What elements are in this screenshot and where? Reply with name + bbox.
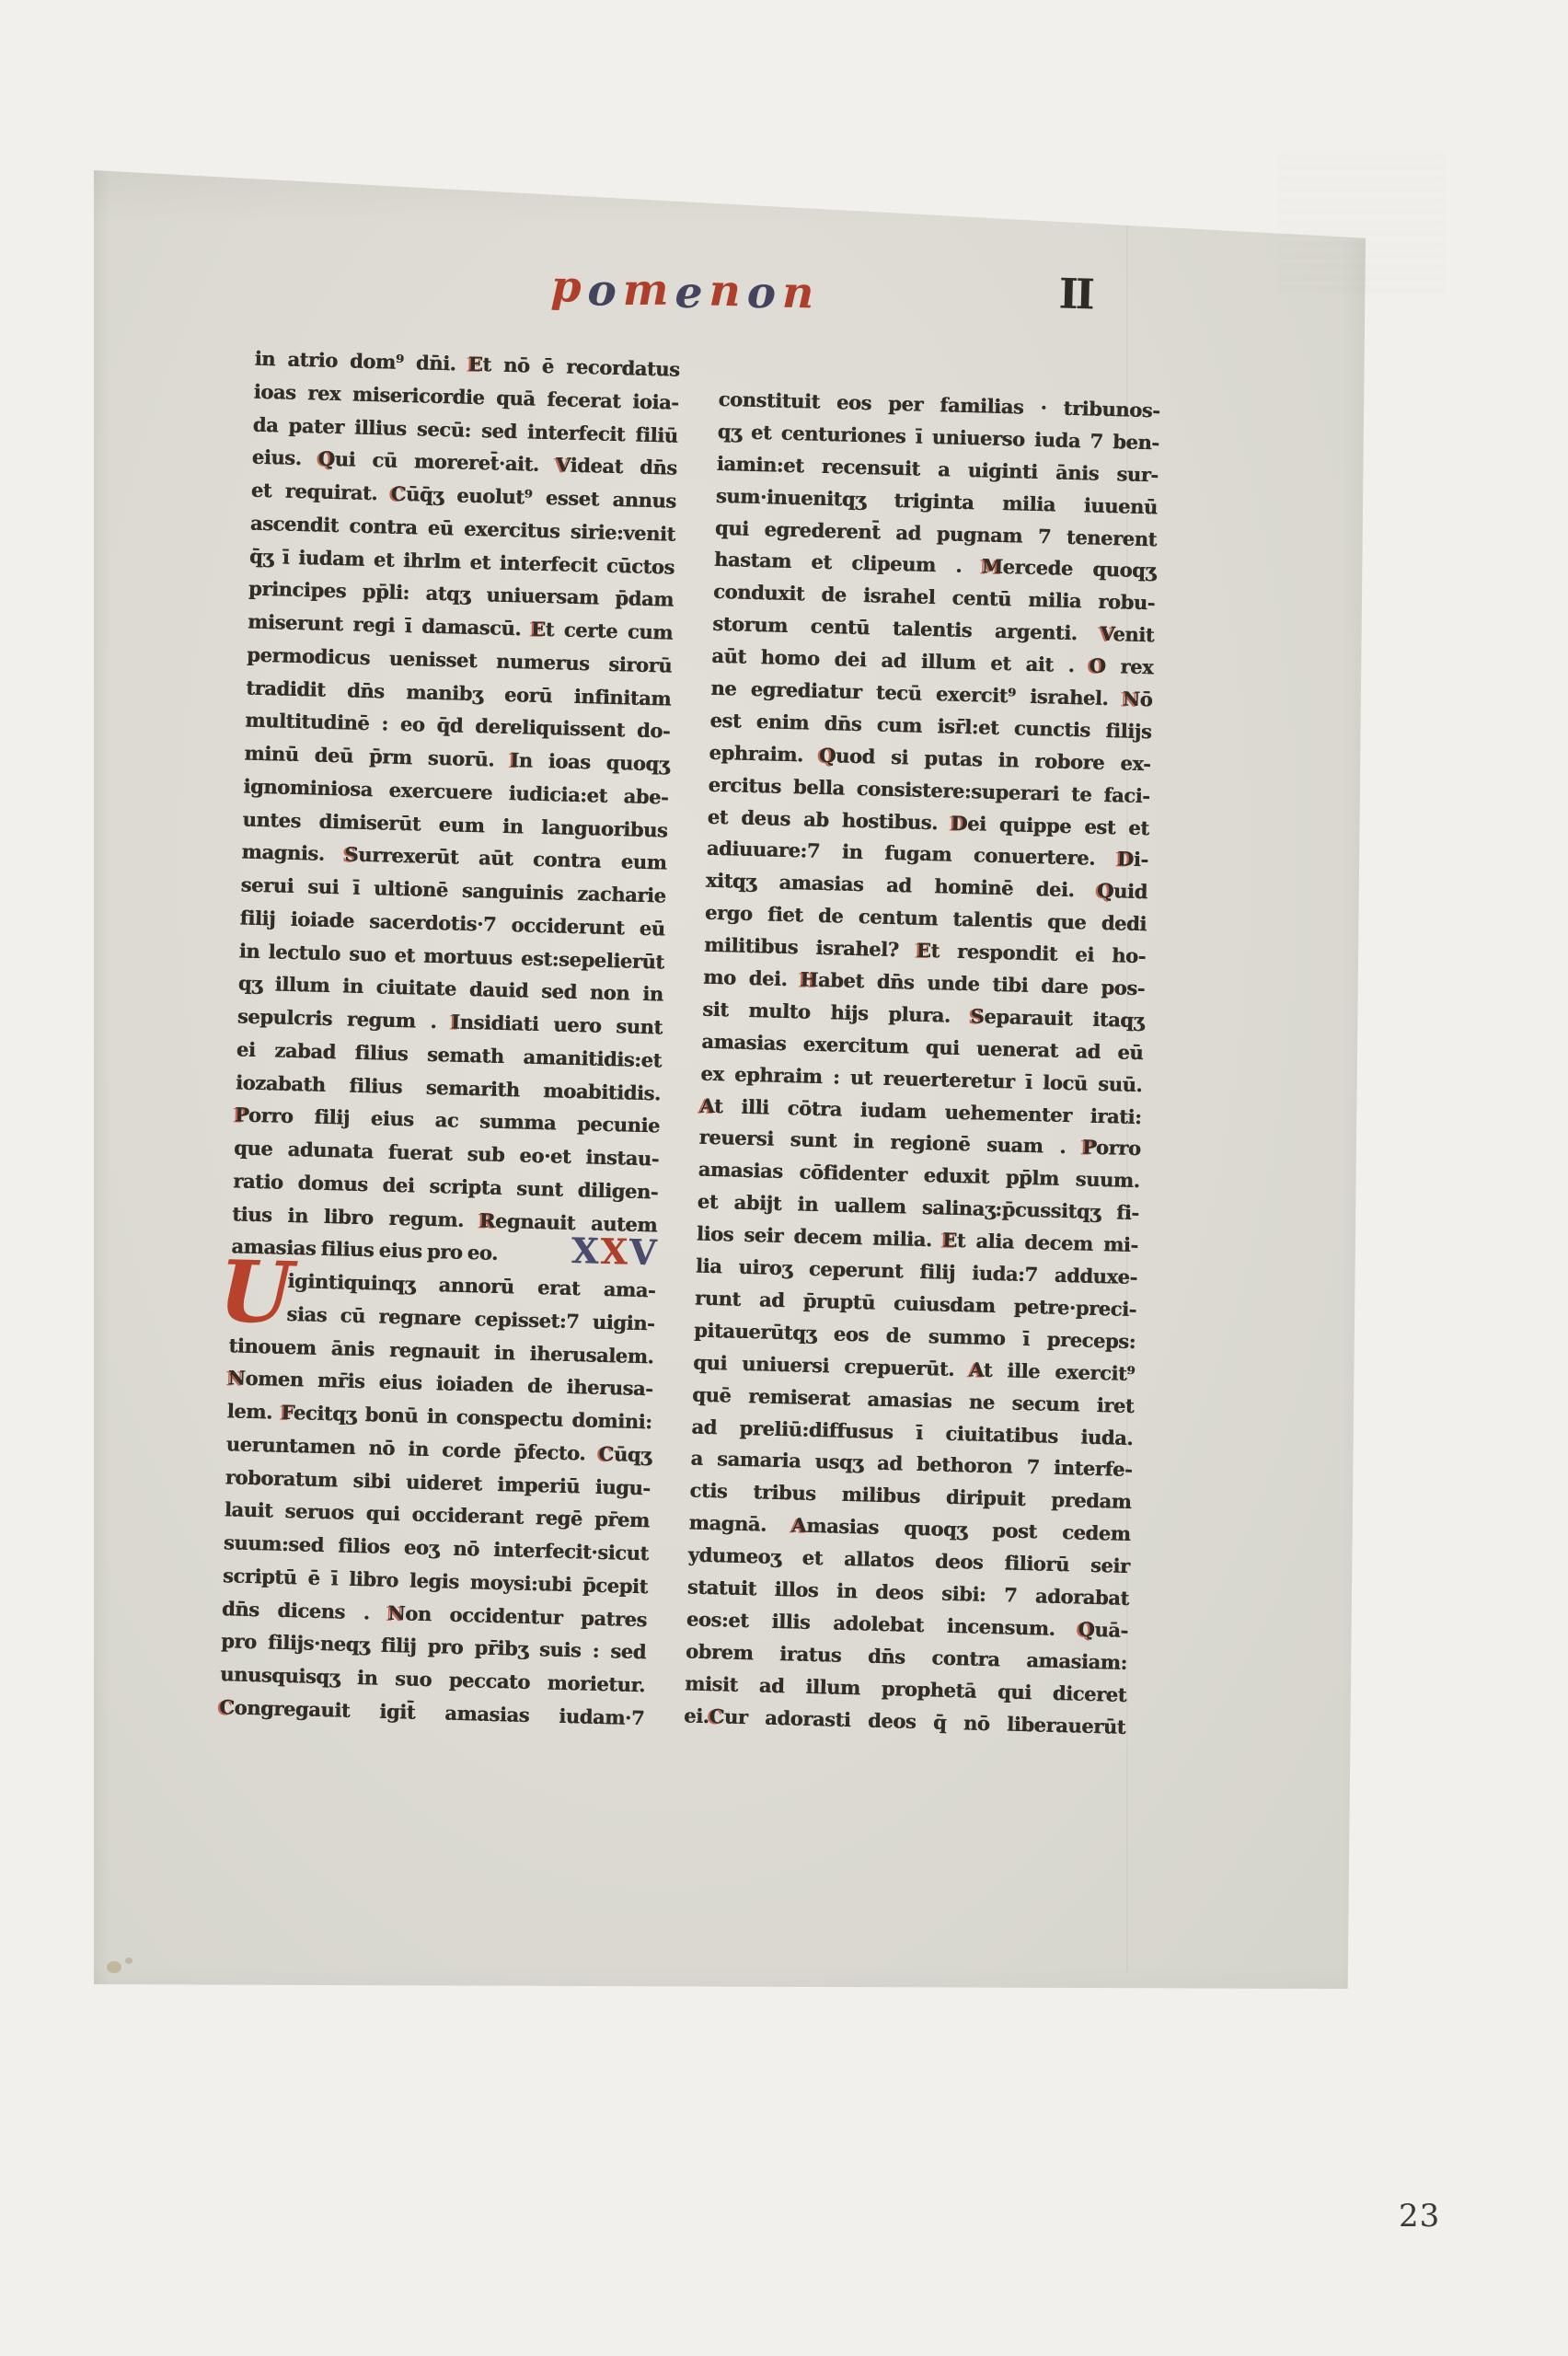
folio-numeral: II xyxy=(1058,270,1092,319)
chapter-numeral-letter: X xyxy=(600,1238,628,1266)
running-title: pomenon xyxy=(550,261,821,333)
book-page: pomenon II in atrio dom⁹ dn̄i. Et nō ē r… xyxy=(0,0,1568,2356)
running-title-letter: n xyxy=(709,266,748,318)
running-title-letter: n xyxy=(781,268,821,319)
running-title-letter: o xyxy=(587,265,624,317)
right-text-column: constituit eos per familias · tribunos-q… xyxy=(684,384,1160,1743)
chapter-initial: U xyxy=(218,1253,279,1325)
running-title-letter: o xyxy=(747,268,783,318)
page-number: 23 xyxy=(1399,2198,1440,2235)
running-title-letter: e xyxy=(674,268,709,319)
chapter-numeral-letter: X xyxy=(571,1237,599,1265)
running-title-letter: p xyxy=(550,261,588,313)
running-title-letter: m xyxy=(623,265,675,316)
show-through-smudge xyxy=(1279,155,1445,293)
leaf-content: pomenon II in atrio dom⁹ dn̄i. Et nō ē r… xyxy=(46,168,1366,2034)
chapter-numeral: XXV xyxy=(569,1239,656,1274)
left-text-column: in atrio dom⁹ dn̄i. Et nō ē recordatusio… xyxy=(219,342,680,1735)
chapter-numeral-letter: V xyxy=(628,1239,656,1267)
manuscript-photo: pomenon II in atrio dom⁹ dn̄i. Et nō ē r… xyxy=(94,168,1366,2002)
